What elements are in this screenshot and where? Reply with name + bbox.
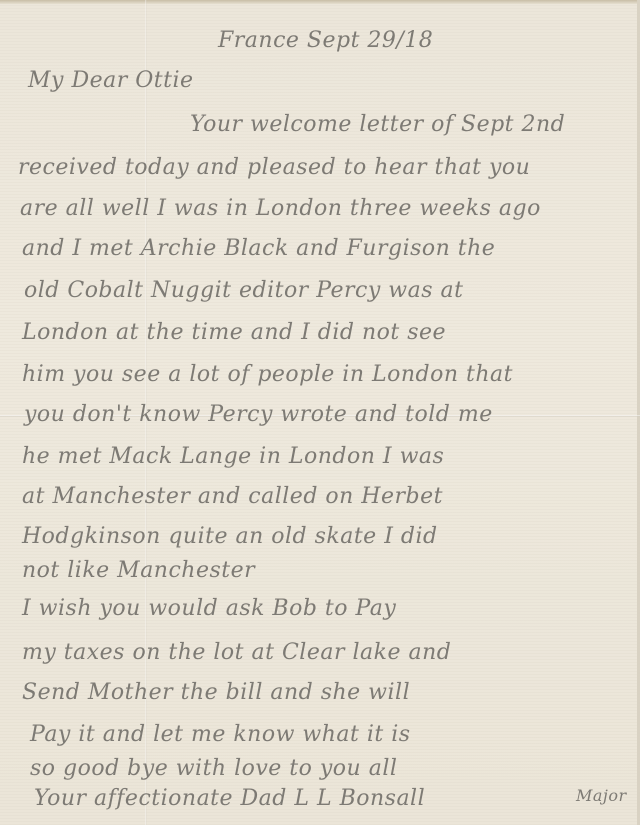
letter-line: Send Mother the bill and she will — [22, 680, 410, 705]
signature-rank: Major — [576, 786, 627, 805]
letter-line: old Cobalt Nuggit editor Percy was at — [24, 278, 463, 303]
letter-line: Pay it and let me know what it is — [30, 722, 411, 747]
letter-heading: France Sept 29/18 — [218, 28, 433, 53]
letter-page: France Sept 29/18 My Dear Ottie Your wel… — [0, 0, 640, 825]
letter-line: I wish you would ask Bob to Pay — [22, 596, 396, 621]
letter-line: Your welcome letter of Sept 2nd — [190, 112, 565, 137]
letter-line: Hodgkinson quite an old skate I did — [22, 524, 438, 549]
letter-line: are all well I was in London three weeks… — [20, 196, 541, 221]
paper-top-edge — [0, 0, 640, 4]
letter-line: received today and pleased to hear that … — [18, 155, 530, 180]
letter-salutation: My Dear Ottie — [28, 68, 194, 93]
letter-line: he met Mack Lange in London I was — [22, 444, 444, 469]
letter-line: and I met Archie Black and Furgison the — [22, 236, 495, 261]
letter-line: you don't know Percy wrote and told me — [24, 402, 493, 427]
letter-line: at Manchester and called on Herbet — [22, 484, 443, 509]
letter-line: London at the time and I did not see — [22, 320, 446, 345]
letter-line: not like Manchester — [22, 558, 255, 583]
letter-signature-line: Your affectionate Dad L L Bonsall — [34, 786, 425, 811]
letter-line: him you see a lot of people in London th… — [22, 362, 513, 387]
letter-line: so good bye with love to you all — [30, 756, 397, 781]
letter-line: my taxes on the lot at Clear lake and — [22, 640, 451, 665]
